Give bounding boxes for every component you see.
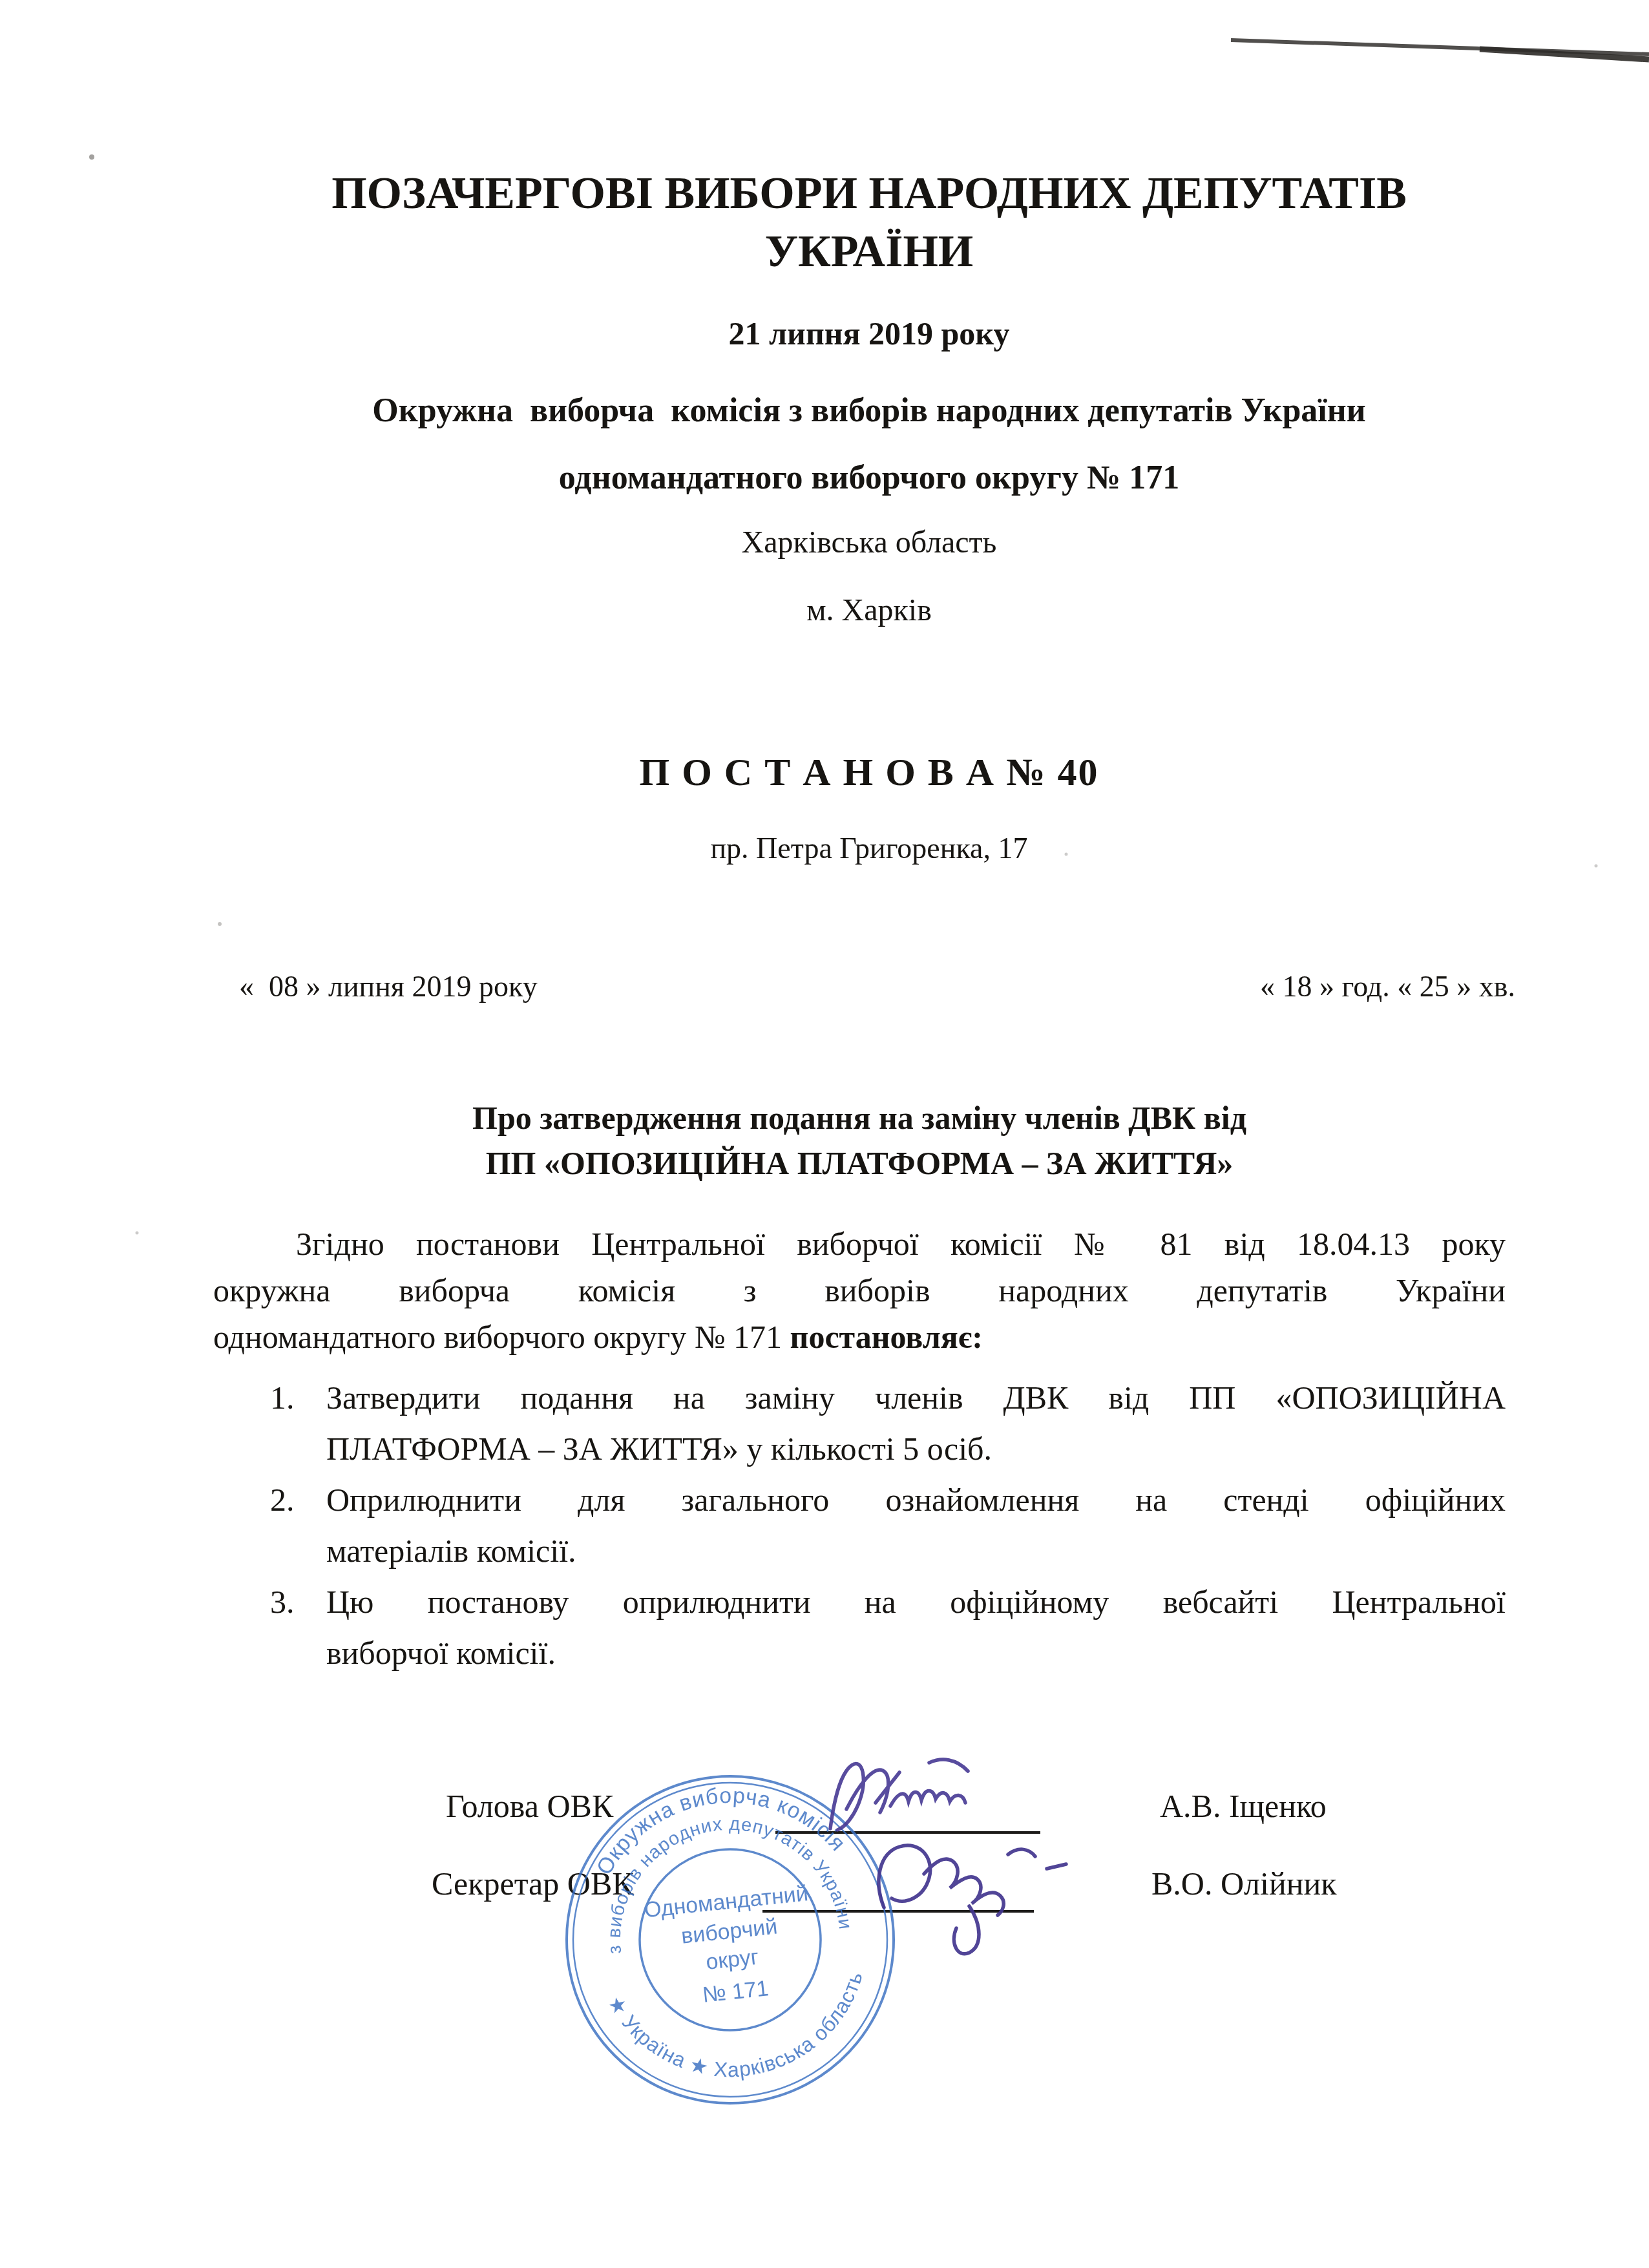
region-line: Харківська область: [220, 525, 1518, 561]
list-item-line: Затвердити подання на заміну членів ДВК …: [326, 1372, 1506, 1423]
preamble-line3: одномандатного виборчого округу № 171 по…: [213, 1314, 1506, 1360]
stamp-center-line3: округ: [705, 1945, 760, 1975]
signature-name-secretary: В.О. Олійник: [1151, 1864, 1336, 1903]
official-round-stamp: Окружна виборча комісія з виборів народн…: [536, 1746, 924, 2134]
list-item: 3. Цю постанову оприлюднити на офіційном…: [213, 1577, 1506, 1679]
stamp-center-line4: № 171: [701, 1976, 770, 2008]
resolution-date: « 08 » липня 2019 року: [239, 969, 538, 1005]
list-item-number: 2.: [270, 1475, 295, 1526]
preamble-line3-bold: постановляє:: [790, 1319, 983, 1355]
list-item-number: 3.: [270, 1577, 295, 1628]
preamble-line2: окружна виборча комісія з виборів народн…: [213, 1267, 1506, 1314]
signature-name-chairman: А.В. Іщенко: [1160, 1787, 1327, 1825]
list-item-number: 1.: [270, 1372, 295, 1423]
city-line: м. Харків: [220, 593, 1518, 629]
resolution-items: 1. Затвердити подання на заміну членів Д…: [213, 1372, 1506, 1679]
doc-title-line2: УКРАЇНИ: [220, 226, 1518, 278]
list-item: 2. Оприлюднити для загального ознайомлен…: [213, 1475, 1506, 1577]
resolution-address: пр. Петра Григоренка, 17: [220, 830, 1518, 866]
list-item-line: виборчої комісії.: [326, 1628, 1506, 1679]
scanned-document-page: ПОЗАЧЕРГОВІ ВИБОРИ НАРОДНИХ ДЕПУТАТІВ УК…: [0, 0, 1649, 2268]
list-item: 1. Затвердити подання на заміну членів Д…: [213, 1372, 1506, 1475]
subject-line1: Про затвердження подання на заміну члені…: [213, 1095, 1506, 1140]
list-item-line: матеріалів комісії.: [326, 1526, 1506, 1577]
election-date: 21 липня 2019 року: [220, 314, 1518, 353]
doc-title-line1: ПОЗАЧЕРГОВІ ВИБОРИ НАРОДНИХ ДЕПУТАТІВ: [220, 168, 1518, 220]
list-item-line: Цю постанову оприлюднити на офіційному в…: [326, 1577, 1506, 1628]
stamp-graphic: Окружна виборча комісія з виборів народн…: [551, 1760, 910, 2119]
resolution-title: П О С Т А Н О В А № 40: [220, 750, 1518, 795]
list-item-line: Оприлюднити для загального ознайомлення …: [326, 1475, 1506, 1526]
stamp-center-line1: Одномандатний: [643, 1881, 809, 1922]
scan-edge-line: [1231, 40, 1649, 59]
commission-name-line1: Окружна виборча комісія з виборів народн…: [220, 392, 1518, 430]
preamble-line3-text: одномандатного виборчого округу № 171: [213, 1319, 790, 1355]
list-item-line: ПЛАТФОРМА – ЗА ЖИТТЯ» у кількості 5 осіб…: [326, 1423, 1506, 1475]
preamble-line1: Згідно постанови Центральної виборчої ко…: [213, 1221, 1506, 1267]
subject-line2: ПП «ОПОЗИЦІЙНА ПЛАТФОРМА – ЗА ЖИТТЯ»: [213, 1140, 1506, 1186]
commission-name-line2: одномандатного виборчого округу № 171: [220, 459, 1518, 498]
resolution-time: « 18 » год. « 25 » хв.: [1260, 969, 1515, 1005]
stamp-center-line2: виборчий: [680, 1914, 778, 1948]
